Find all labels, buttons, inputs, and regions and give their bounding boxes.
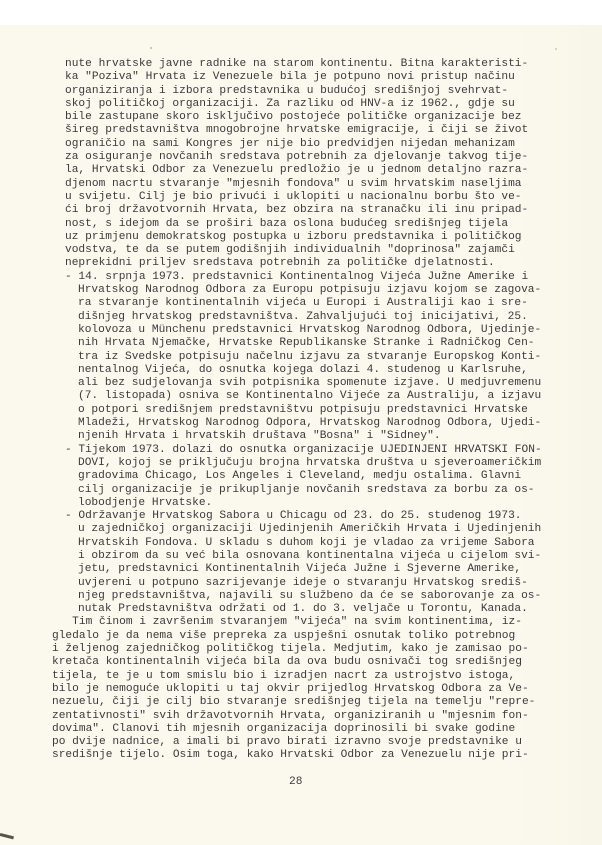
text-line: DOVI, kojoj se priključuju brojna hrvats… [65, 457, 550, 470]
text-line: šireg predstavništva mnogobrojne hrvatsk… [65, 124, 550, 137]
text-line: kolovoza u Münchenu predstavnici Hrvatsk… [65, 324, 550, 337]
text-line: ograničio na sami Kongres jer nije bio p… [65, 138, 550, 151]
text-line: Tim činom i završenim stvaranjem "vijeća… [52, 616, 550, 629]
text-line: i obzirom da su već bila osnovana kontin… [65, 550, 550, 563]
text-line: Hrvatskih Fondova. U skladu s duhom koji… [65, 537, 550, 550]
text-line: lobodjenje Hrvatske. [65, 497, 550, 510]
text-line: gradovima Chicago, Los Angeles i Clevela… [65, 470, 550, 483]
text-line: - Održavanje Hrvatskog Sabora u Chicagu … [65, 510, 550, 523]
text-line: njenih Hrvata i hrvatskih društava "Bosn… [65, 430, 550, 443]
page-number: 28 [289, 776, 302, 788]
paper-speck [555, 48, 557, 50]
text-line: o potpori središnjem predstavništvu potp… [65, 404, 550, 417]
text-line: nute hrvatske javne radnike na starom ko… [65, 58, 550, 71]
text-line: Mladeži, Hrvatskog Narodnog Odpora, Hrva… [65, 417, 550, 430]
text-line: - 14. srpnja 1973. predstavnici Kontinen… [65, 271, 550, 284]
text-line: zentativnosti" svih državotvornih Hrvata… [52, 710, 550, 723]
text-line: uvjereni u potpuno sazrijevanje ideje o … [65, 577, 550, 590]
text-line: gledalo je da nema više prepreka za uspj… [52, 630, 550, 643]
text-line: u zajedničkoj organizaciji Ujedinjenih A… [65, 523, 550, 536]
text-line: i željenog zajedničkog političkog tijela… [52, 643, 550, 656]
text-line: njeg predstavništva, najavili su služben… [65, 590, 550, 603]
text-line: središnje tijelo. Osim toga, kako Hrvats… [52, 749, 550, 762]
text-line: tra iz Svedske potpisuju načelnu izjavu … [65, 351, 550, 364]
text-line: neprekidni priljev sredstava potrebnih z… [65, 257, 550, 270]
text-line: nih Hrvata Njemačke, Hrvatske Republikan… [65, 337, 550, 350]
text-line: organiziranja i izbora predstavnika u bu… [65, 85, 550, 98]
text-line: po dvije nadnice, a imali bi pravo birat… [52, 736, 550, 749]
text-line: nutak Predstavništva održati od 1. do 3.… [65, 603, 550, 616]
text-line: vodstva, te da se putem godišnjih indivi… [65, 244, 550, 257]
text-line: nost, s idejom da se proširi baza oslona… [65, 218, 550, 231]
text-line: - Tijekom 1973. dolazi do osnutka organi… [65, 444, 550, 457]
text-line: cilj organizacije je prikupljanje novčan… [65, 484, 550, 497]
text-line: (7. listopada) osniva se Kontinentalno V… [65, 390, 550, 403]
text-line: bilo je nemoguće uklopiti u taj okvir pr… [52, 683, 550, 696]
text-line: ka "Poziva" Hrvata iz Venezuele bila je … [65, 71, 550, 84]
text-line: bile zastupane skoro isključivo postojeć… [65, 111, 550, 124]
text-line: nezuelu, čiji je cilj bio stvaranje sred… [52, 696, 550, 709]
text-line: u svijetu. Cilj je bio privući i uklopit… [65, 191, 550, 204]
text-line: nentalnog Vijeća, do osnutka kojega dola… [65, 364, 550, 377]
paper-speck [150, 47, 152, 49]
text-line: dišnjeg hrvatskog predstavništva. Zahval… [65, 311, 550, 324]
text-line: dovima". Clanovi tih mjesnih organizacij… [52, 723, 550, 736]
text-line: za osiguranje novčanih sredstava potrebn… [65, 151, 550, 164]
body-text: nute hrvatske javne radnike na starom ko… [65, 58, 550, 763]
text-line: ra stvaranje kontinentalnih vijeća u Eur… [65, 297, 550, 310]
text-line: uz primjenu demokratskog postupka u izbo… [65, 231, 550, 244]
text-line: jetu, predstavnici Kontinentalnih Vijeća… [65, 563, 550, 576]
text-line: djenom nacrtu stvaranje "mjesnih fondova… [65, 178, 550, 191]
text-line: kretača kontinentalnih vijeća bila da ov… [52, 656, 550, 669]
text-line: skoj političkoj organizaciji. Za razliku… [65, 98, 550, 111]
text-line: la, Hrvatski Odbor za Venezuelu predloži… [65, 164, 550, 177]
text-line: ali bez sudjelovanja svih potpisnika spo… [65, 377, 550, 390]
text-line: Hrvatskog Narodnog Odbora za Europu potp… [65, 284, 550, 297]
text-line: ći broj državotvornih Hrvata, bez obzira… [65, 204, 550, 217]
text-line: tijela, te je u tom smislu bio i izradje… [52, 670, 550, 683]
